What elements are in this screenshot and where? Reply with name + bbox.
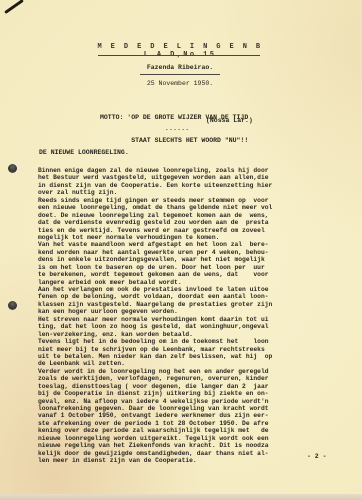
body-line: dens in enkele uitzonderingsgevallen, wa… — [38, 256, 343, 263]
body-line: Aan het verlangen om ook de prestaties i… — [38, 286, 343, 293]
page-bottom-edge — [0, 494, 362, 500]
date-line: 25 November 1950. — [96, 80, 264, 87]
body-line: kan een hoger uurloon gegeven worden. — [38, 308, 343, 315]
body-line: een nieuwe loonregeling, omdat de thans … — [38, 204, 343, 211]
masthead-rule — [98, 55, 260, 56]
page-number: - 2 - — [307, 453, 327, 460]
place-rule — [140, 74, 220, 75]
body-line: over zal nuttig zijn. — [38, 189, 343, 196]
body-line: mogelijk tot meer normale verhoudingen t… — [38, 234, 343, 241]
body-line: Reeds sinds enige tijd gingen er steeds … — [38, 197, 343, 204]
body-line: dat de verdienste evenredig gesteld zou … — [38, 219, 343, 226]
body-line: Van het vaste maandloon werd afgestapt e… — [38, 241, 343, 248]
body-line: langere arbeid ook meer betaald wordt. — [38, 279, 343, 286]
body-line: nieuwe regeling van het Ziekenfonds van … — [38, 442, 343, 449]
body-line: het Bestuur werd vastgesteld, uitgegeven… — [38, 174, 343, 181]
body-line: de Leenbank wil zetten. — [38, 360, 343, 367]
body-line: zoals de werktijden, verlofdagen, regenu… — [38, 375, 343, 382]
body-line: toeslag, diensttoeslag ( voor degenen, d… — [38, 383, 343, 390]
motto-author: (Nossa Lar.) — [206, 117, 253, 124]
body-line: len-verzekering, enz. kan worden betaald… — [38, 331, 343, 338]
body-line: ste afrekening over de periode 1 tot 28 … — [38, 420, 343, 427]
section-title: DE NIEUWE LOONREGELING. — [39, 149, 129, 156]
body-line: niet meer bij te schrijven op de Leenban… — [38, 346, 343, 353]
body-line: geval, enz. Na afloop van iedere 4 wekel… — [38, 398, 343, 405]
motto: MOTTO: 'OP DE GROTE WIJZER VAN DE TIJD S… — [100, 99, 300, 152]
body-line: kening over deze periode zal waarschijnl… — [38, 427, 343, 434]
body-line: Tevens ligt het in de bedoeling om in de… — [38, 338, 343, 345]
body-line: Verder wordt in de loonregeling nog het … — [38, 368, 343, 375]
section-divider: ------ — [165, 126, 190, 133]
body-line: ties en de werktijd. Tevens werd er naar… — [38, 227, 343, 234]
body-line: loonafrekening gegeven. Daar de loonrege… — [38, 405, 343, 412]
place-line: Fazenda Ribeirao. — [96, 64, 264, 71]
body-line: kend worden naar het aantal gewerkte ure… — [38, 249, 343, 256]
motto-line: MOTTO: 'OP DE GROTE WIJZER VAN DE TIJD — [100, 114, 300, 122]
body-line: vanaf 1 October 1950, ontvangt iedere we… — [38, 412, 343, 419]
body-line: te berekenen, wordt tegemoet gekomen aan… — [38, 271, 343, 278]
body-line: Binnen enige dagen zal de nieuwe loonreg… — [38, 167, 343, 174]
body-line: nieuwe loonregeling worden uitgereikt. T… — [38, 435, 343, 442]
masthead-title: M E D E D E L I N G E N B L A D,No 15 — [96, 43, 264, 59]
body-line: bij de Cooperatie in dienst zijn) uitker… — [38, 390, 343, 397]
body-line: is om het loon te baseren op de uren. Do… — [38, 264, 343, 271]
punch-hole-bottom — [8, 301, 17, 310]
body-line: in dienst zijn van de Cooperatie. Een ko… — [38, 182, 343, 189]
body-line: len meer in dienst zijn van de Cooperati… — [38, 457, 343, 464]
motto-line: STAAT SLECHTS HET WOORD "NU"!! — [100, 137, 300, 145]
body-text: Binnen enige dagen zal de nieuwe loonreg… — [38, 167, 343, 465]
body-line: kelijk door de gewijzigde omstandigheden… — [38, 450, 343, 457]
punch-hole-top — [8, 164, 17, 173]
body-line: doet. De nieuwe loonregeling zal tegemoe… — [38, 212, 343, 219]
body-line: Het streven naar meer normale verhouding… — [38, 316, 343, 323]
body-line: fenen op de beloning, wordt voldaan, doo… — [38, 293, 343, 300]
body-line: klassen zijn vastgesteld. Naargelang de … — [38, 301, 343, 308]
body-line: uit te betalen. Men nieder kan dan zelf … — [38, 353, 343, 360]
body-line: ting, dat het loon zo hoog is gesteld, d… — [38, 323, 343, 330]
